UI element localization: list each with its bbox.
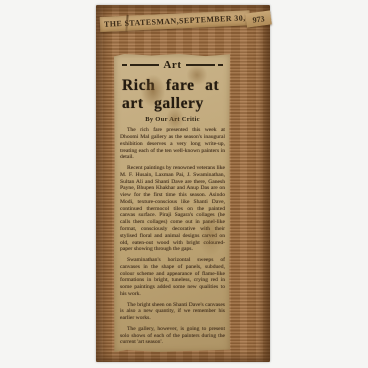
- photo-canvas: THE STATESMAN, SEPTEMBER 30, 973 Art Ric…: [0, 0, 368, 368]
- article-body: The rich fare presented this week at Dho…: [120, 127, 225, 346]
- masthead-year: 973: [252, 14, 265, 25]
- article-paragraph: Swaminathan's horizontal sweeps of canva…: [120, 257, 225, 298]
- article-paragraph: The gallery, however, is going to presen…: [120, 326, 225, 346]
- headline-line-2: art gallery: [122, 95, 225, 113]
- article-paragraph: The rich fare presented this week at Dho…: [120, 127, 225, 161]
- byline: By Our Art Critic: [120, 116, 225, 123]
- headline-line-1: Rich fare at: [122, 77, 225, 95]
- newspaper-clipping: Art Rich fare at art gallery By Our Art …: [114, 54, 230, 352]
- masthead-title: THE STATESMAN,: [104, 16, 179, 28]
- section-header: Art: [122, 59, 223, 71]
- masthead-date: SEPTEMBER 30,: [179, 13, 246, 25]
- rule-dash: [122, 64, 127, 66]
- rule-line: [186, 64, 215, 66]
- rule-dash: [218, 64, 223, 66]
- headline: Rich fare at art gallery: [122, 77, 225, 113]
- rule-line: [130, 64, 159, 66]
- section-label: Art: [162, 59, 182, 71]
- article-paragraph: The bright sheen on Shanti Dave's canvas…: [120, 302, 225, 322]
- article-paragraph: Recent paintings by renowned veterans li…: [120, 165, 225, 253]
